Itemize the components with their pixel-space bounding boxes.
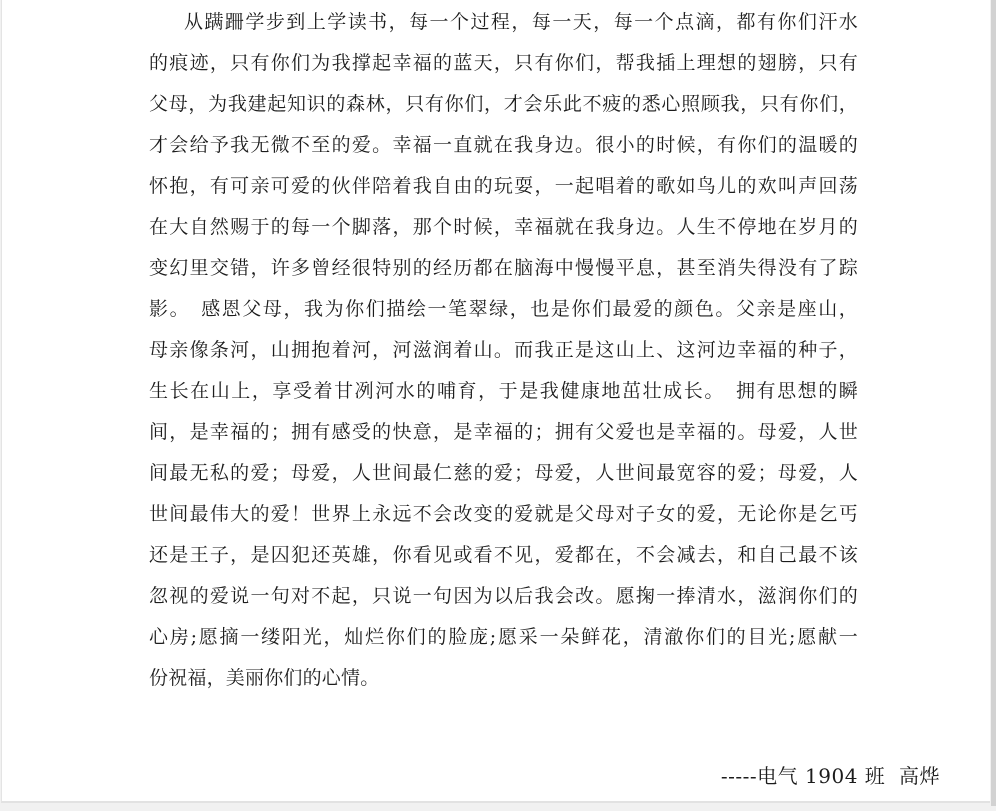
paragraph-line: 变幻里交错，许多曾经很特别的经历都在脑海中慢慢平息，甚至消失得没有了踪	[149, 248, 858, 289]
paragraph-line: 怀抱，有可亲可爱的伙伴陪着我自由的玩耍，一起唱着的歌如鸟儿的欢叫声回荡	[149, 166, 858, 207]
paragraph-line: 影。 感恩父母，我为你们描绘一笔翠绿，也是你们最爱的颜色。父亲是座山，	[149, 289, 858, 330]
paragraph-line: 还是王子，是囚犯还英雄，你看见或看不见，爱都在，不会减去，和自己最不该	[149, 535, 858, 576]
paragraph-line: 才会给予我无微不至的爱。幸福一直就在我身边。很小的时候，有你们的温暖的	[149, 125, 858, 166]
paragraph-line: 父母，为我建起知识的森林，只有你们，才会乐此不疲的悉心照顾我，只有你们，	[149, 84, 858, 125]
paragraph-line: 世间最伟大的爱！世界上永远不会改变的爱就是父母对子女的爱，无论你是乞丐	[149, 494, 858, 535]
paragraph-line: 间最无私的爱；母爱，人世间最仁慈的爱；母爱，人世间最宽容的爱；母爱，人	[149, 453, 858, 494]
document-viewport: 从蹒跚学步到上学读书，每一个过程，每一天，每一个点滴，都有你们汗水 的痕迹，只有…	[0, 0, 996, 811]
paragraph-line: 的痕迹，只有你们为我撑起幸福的蓝天，只有你们，帮我插上理想的翅膀，只有	[149, 43, 858, 84]
paragraph-line: 生长在山上，享受着甘冽河水的哺育，于是我健康地茁壮成长。 拥有思想的瞬	[149, 371, 858, 412]
paragraph-line: 间，是幸福的；拥有感受的快意，是幸福的；拥有父爱也是幸福的。母爱，人世	[149, 412, 858, 453]
essay-paragraph: 从蹒跚学步到上学读书，每一个过程，每一天，每一个点滴，都有你们汗水 的痕迹，只有…	[149, 2, 858, 699]
paragraph-line: 心房;愿摘一缕阳光，灿烂你们的脸庞;愿采一朵鲜花，清澈你们的目光;愿献一	[149, 617, 858, 658]
paragraph-line: 母亲像条河，山拥抱着河，河滋润着山。而我正是这山上、这河边幸福的种子，	[149, 330, 858, 371]
paragraph-line: 从蹒跚学步到上学读书，每一个过程，每一天，每一个点滴，都有你们汗水	[149, 2, 858, 43]
paragraph-line: 在大自然赐于的每一个脚落，那个时候，幸福就在我身边。人生不停地在岁月的	[149, 207, 858, 248]
paragraph-line: 忽视的爱说一句对不起，只说一句因为以后我会改。愿掬一捧清水，滋润你们的	[149, 576, 858, 617]
page-right-edge	[991, 0, 996, 806]
paragraph-line: 份祝福，美丽你们的心情。	[149, 658, 858, 699]
document-page: 从蹒跚学步到上学读书，每一个过程，每一天，每一个点滴，都有你们汗水 的痕迹，只有…	[1, 0, 990, 803]
signature-line: -----电气 1904 班 高烨	[721, 760, 940, 789]
